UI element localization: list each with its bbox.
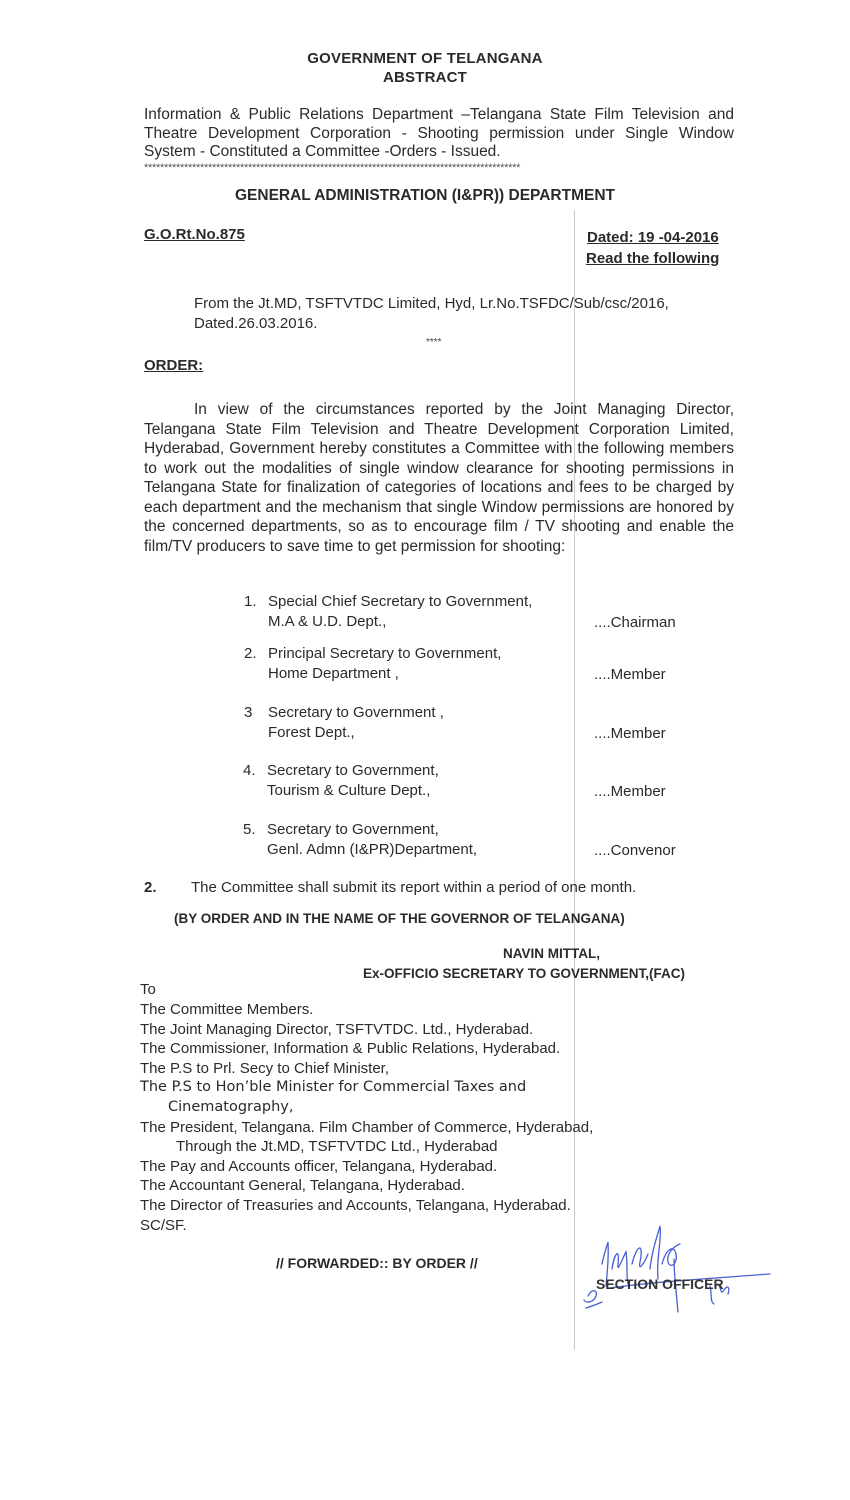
member-number: 2. <box>244 644 257 664</box>
distribution-recipient: Through the Jt.MD, TSFTVTDC Ltd., Hydera… <box>176 1137 498 1157</box>
member-department: Forest Dept., <box>268 723 444 743</box>
member-title: Special Chief Secretary to Government, <box>268 592 532 612</box>
section-officer-label: SECTION OFFICER <box>596 1276 724 1292</box>
member-number: 5. <box>243 820 256 840</box>
member-designation: Principal Secretary to Government,Home D… <box>268 644 501 684</box>
clause-number: 2. <box>144 879 157 896</box>
member-role: ....Member <box>594 783 666 800</box>
member-designation: Secretary to Government,Tourism & Cultur… <box>267 761 439 801</box>
distribution-recipient: The Pay and Accounts officer, Telangana,… <box>140 1157 497 1177</box>
member-title: Secretary to Government, <box>267 761 439 781</box>
member-designation: Special Chief Secretary to Government,M.… <box>268 592 532 632</box>
page-fold-line <box>574 210 575 1350</box>
department-heading: GENERAL ADMINISTRATION (I&PR)) DEPARTMEN… <box>0 187 850 205</box>
distribution-recipient: The Commissioner, Information & Public R… <box>140 1039 560 1059</box>
member-number: 4. <box>243 761 256 781</box>
member-role: ....Member <box>594 725 666 742</box>
read-following: Read the following <box>586 250 719 267</box>
member-number: 1. <box>244 592 257 612</box>
member-role: ....Chairman <box>594 614 676 631</box>
forwarded-line: // FORWARDED:: BY ORDER // <box>276 1255 478 1271</box>
member-designation: Secretary to Government ,Forest Dept., <box>268 703 444 743</box>
abstract-heading: ABSTRACT <box>0 69 850 86</box>
signatory-designation: Ex-OFFICIO SECRETARY TO GOVERNMENT,(FAC) <box>363 966 685 981</box>
member-department: Home Department , <box>268 664 501 684</box>
distribution-recipient: The P.S to Hon’ble Minister for Commerci… <box>140 1078 526 1098</box>
separator-line: ****************************************… <box>144 162 730 174</box>
order-heading: ORDER: <box>144 357 203 374</box>
order-paragraph: In view of the circumstances reported by… <box>144 400 734 556</box>
member-title: Secretary to Government , <box>268 703 444 723</box>
subject-text: Information & Public Relations Departmen… <box>144 106 734 162</box>
distribution-recipient: The P.S to Prl. Secy to Chief Minister, <box>140 1059 389 1079</box>
member-title: Principal Secretary to Government, <box>268 644 501 664</box>
distribution-recipient: The Director of Treasuries and Accounts,… <box>140 1196 571 1216</box>
dated: Dated: 19 -04-2016 <box>587 229 719 246</box>
reference-text: From the Jt.MD, TSFTVTDC Limited, Hyd, L… <box>194 294 734 334</box>
go-number: G.O.Rt.No.875 <box>144 226 245 243</box>
member-department: Genl. Admn (I&PR)Department, <box>267 840 477 860</box>
distribution-to: To <box>140 980 156 1000</box>
member-designation: Secretary to Government,Genl. Admn (I&PR… <box>267 820 477 860</box>
distribution-recipient: The Joint Managing Director, TSFTVTDC. L… <box>140 1020 533 1040</box>
distribution-recipient: SC/SF. <box>140 1216 187 1236</box>
member-role: ....Member <box>594 666 666 683</box>
member-title: Secretary to Government, <box>267 820 477 840</box>
member-department: Tourism & Culture Dept., <box>267 781 439 801</box>
distribution-recipient: The Committee Members. <box>140 1000 313 1020</box>
member-department: M.A & U.D. Dept., <box>268 612 532 632</box>
clause-text: The Committee shall submit its report wi… <box>191 879 636 896</box>
government-heading: GOVERNMENT OF TELANGANA <box>0 50 850 67</box>
by-order-line: (BY ORDER AND IN THE NAME OF THE GOVERNO… <box>174 911 625 926</box>
signatory-name: NAVIN MITTAL, <box>503 946 600 961</box>
member-number: 3 <box>244 703 252 723</box>
distribution-recipient: The Accountant General, Telangana, Hyder… <box>140 1176 465 1196</box>
distribution-recipient: The President, Telangana. Film Chamber o… <box>140 1118 593 1138</box>
member-role: ....Convenor <box>594 842 676 859</box>
distribution-recipient: Cinematography, <box>168 1098 293 1118</box>
reference-separator: **** <box>426 337 442 348</box>
signature-icon <box>582 1224 777 1319</box>
